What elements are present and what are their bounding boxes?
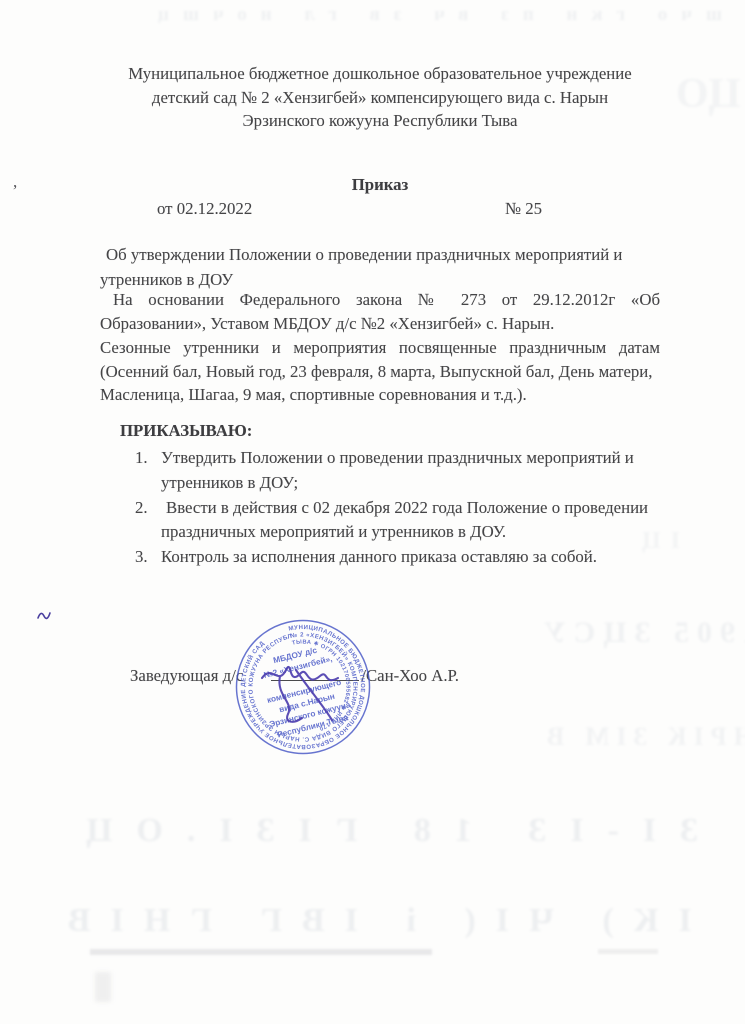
order-date-number-row: от 02.12.2022 № 25 xyxy=(100,199,660,221)
scan-artifact xyxy=(90,949,432,955)
bleed-through-text: ІК) ЧІ( і ІВГ ГНІВ xyxy=(48,902,692,940)
order-subject: Об утверждении Положении о проведении пр… xyxy=(100,242,660,292)
seasonal-line: Сезонные утренники и мероприятия посвяще… xyxy=(100,336,660,360)
signature-role: Заведующая д/с xyxy=(130,666,243,685)
resolution-list: 1. Утвердить Положении о проведении праз… xyxy=(100,446,660,570)
document-title: Приказ xyxy=(100,175,660,195)
list-item-line: Ввести в действия с 02 декабря 2022 года… xyxy=(161,496,660,521)
scan-artifact xyxy=(95,972,111,1002)
list-item-number: 2. xyxy=(135,496,161,546)
seasonal-line: (Осенний бал, Новый год, 23 февраля, 8 м… xyxy=(100,360,660,384)
signature-name: /Сан-Хоо А.Р. xyxy=(361,666,459,685)
order-number: № 25 xyxy=(505,199,542,219)
stamp-graphic: МУНИЦИПАЛЬНОЕ БЮДЖЕТНОЕ ДОШКОЛЬНОЕ ОБРАЗ… xyxy=(232,616,374,758)
bleed-through-text: 1905 ЗЦСУ xyxy=(536,616,745,650)
list-item-text: Утвердить Положении о проведении праздни… xyxy=(161,446,660,496)
seasonal-line: Масленица, Шагаа, 9 мая, спортивные соре… xyxy=(100,383,660,407)
bleed-through-text: ЦО xyxy=(676,70,741,118)
letterhead-line: Муниципальное бюджетное дошкольное образ… xyxy=(100,62,660,86)
subject-line: Об утверждении Положении о проведении пр… xyxy=(100,242,660,267)
list-item-line: праздничных мероприятий и утренников в Д… xyxy=(161,520,660,545)
order-basis: На основании Федерального закона № 273 о… xyxy=(100,288,660,336)
list-item-line: Контроль за исполнения данного приказа о… xyxy=(161,545,660,570)
pen-speck: , xyxy=(13,172,17,192)
list-item-number: 3. xyxy=(135,545,161,570)
basis-line: Образовании», Уставом МБДОУ д/с №2 «Хенз… xyxy=(100,312,660,336)
list-item: 1. Утвердить Положении о проведении праз… xyxy=(135,446,660,496)
order-date: от 02.12.2022 xyxy=(157,199,252,219)
list-item: 3. Контроль за исполнения данного приказ… xyxy=(135,545,660,570)
bleed-through-text: НРІК ЗІМ В xyxy=(540,722,745,752)
letterhead-line: детский сад № 2 «Хензигбей» компенсирующ… xyxy=(100,86,660,110)
list-item-number: 1. xyxy=(135,446,161,496)
bleed-through-text: К ЗІ-ІЗ 18 ГІЗІ.ОЦ xyxy=(62,812,745,850)
letterhead: Муниципальное бюджетное дошкольное образ… xyxy=(100,62,660,133)
basis-line: На основании Федерального закона № 273 о… xyxy=(100,288,660,312)
pen-scribble xyxy=(36,608,52,627)
list-item: 2. Ввести в действия с 02 декабря 2022 г… xyxy=(135,496,660,546)
order-seasonal-paragraph: Сезонные утренники и мероприятия посвяще… xyxy=(100,336,660,407)
list-item-text: Ввести в действия с 02 декабря 2022 года… xyxy=(161,496,660,546)
bleed-through-text: шчо гкн пз вч зв гл ночшц xyxy=(22,4,722,26)
list-item-line: Утвердить Положении о проведении праздни… xyxy=(161,446,660,471)
list-item-text: Контроль за исполнения данного приказа о… xyxy=(161,545,660,570)
resolution-heading: ПРИКАЗЫВАЮ: xyxy=(100,421,680,441)
letterhead-line: Эрзинского кожууна Республики Тыва xyxy=(100,109,660,133)
scanned-document-page: шчо гкн пз вч зв гл ночшц ЦО ІЦ 1905 ЗЦС… xyxy=(0,0,745,1024)
scan-artifact xyxy=(598,949,658,954)
list-item-line: утренников в ДОУ; xyxy=(161,471,660,496)
official-stamp: МУНИЦИПАЛЬНОЕ БЮДЖЕТНОЕ ДОШКОЛЬНОЕ ОБРАЗ… xyxy=(232,616,374,758)
stamp-svg: МУНИЦИПАЛЬНОЕ БЮДЖЕТНОЕ ДОШКОЛЬНОЕ ОБРАЗ… xyxy=(232,616,374,758)
